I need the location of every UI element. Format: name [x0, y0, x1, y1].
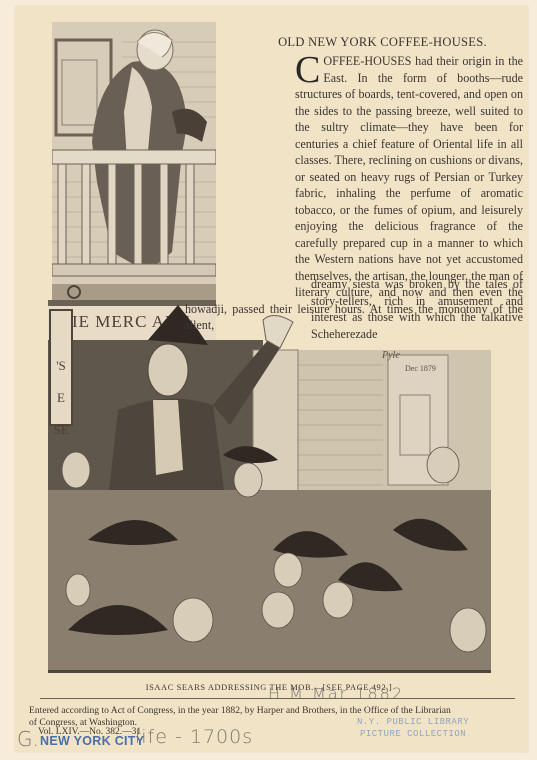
pencil-subject-annotation: life - 1700s	[135, 726, 253, 748]
article-title: OLD NEW YORK COFFEE-HOUSES.	[240, 35, 525, 50]
copyright-line-1: Entered according to Act of Congress, in…	[29, 705, 519, 717]
new-york-city-stamp: NEW YORK CITY	[40, 734, 144, 748]
library-stamp-line-2: PICTURE COLLECTION	[357, 728, 469, 740]
footer-divider	[40, 698, 515, 699]
artist-name: Pyle	[382, 350, 400, 361]
library-stamp: N.Y. PUBLIC LIBRARY PICTURE COLLECTION	[357, 716, 469, 740]
side-sign-line-1: 'S	[52, 350, 70, 382]
pencil-classification: G.	[17, 727, 39, 751]
engraving-main-scene	[48, 300, 491, 673]
article-body-continuation: dreamy siesta was broken by the tales of…	[311, 276, 523, 342]
artist-date: Dec 1879	[405, 364, 436, 373]
side-sign-line-3: SE	[52, 414, 70, 446]
library-stamp-line-1: N.Y. PUBLIC LIBRARY	[357, 716, 469, 728]
drop-cap: C	[295, 55, 320, 85]
side-sign-line-2: E	[52, 382, 70, 414]
pencil-date-annotation: H M Mar 1882	[268, 684, 404, 703]
side-sign-text: 'S E SE	[52, 350, 70, 446]
artist-signature: Pyle	[382, 350, 400, 361]
